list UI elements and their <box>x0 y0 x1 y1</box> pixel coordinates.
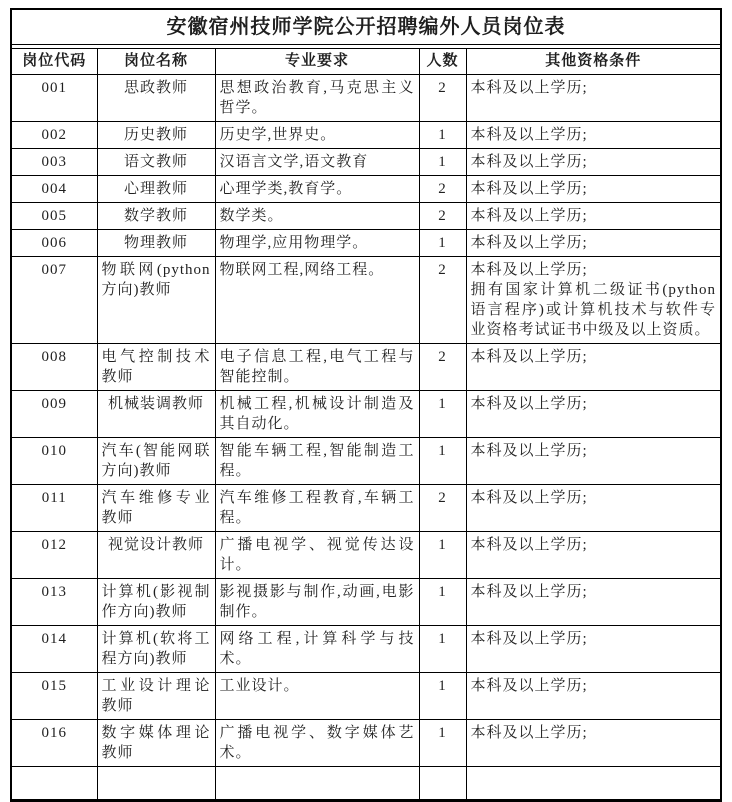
table-row: 002历史教师历史学,世界史。1本科及以上学历; <box>12 122 720 149</box>
column-header: 岗位代码 <box>12 49 97 75</box>
job-table-body: 001思政教师思想政治教育,马克思主义哲学。2本科及以上学历;002历史教师历史… <box>12 75 720 799</box>
cell-name: 思政教师 <box>97 75 215 122</box>
cell-code: 015 <box>12 673 97 720</box>
table-row: 007物联网(python 方向)教师物联网工程,网络工程。2本科及以上学历; … <box>12 257 720 344</box>
table-row: 014计算机(软将工程方向)教师网络工程,计算科学与技术。1本科及以上学历; <box>12 626 720 673</box>
cell-name: 视觉设计教师 <box>97 532 215 579</box>
table-row: 010汽车(智能网联方向)教师智能车辆工程,智能制造工程。1本科及以上学历; <box>12 438 720 485</box>
cell-major: 广播电视学、数字媒体艺术。 <box>215 720 419 767</box>
table-row: 001思政教师思想政治教育,马克思主义哲学。2本科及以上学历; <box>12 75 720 122</box>
cell-count: 2 <box>419 485 466 532</box>
cell-name: 汽车维修专业教师 <box>97 485 215 532</box>
cell-count: 1 <box>419 230 466 257</box>
cell-name: 电气控制技术教师 <box>97 344 215 391</box>
job-table-sheet: 安徽宿州技师学院公开招聘编外人员岗位表 岗位代码岗位名称专业要求人数其他资格条件… <box>10 8 722 798</box>
column-header: 岗位名称 <box>97 49 215 75</box>
cell-name: 语文教师 <box>97 149 215 176</box>
cell-code: 001 <box>12 75 97 122</box>
cell-major: 思想政治教育,马克思主义哲学。 <box>215 75 419 122</box>
cell-other: 本科及以上学历; <box>466 720 720 767</box>
cell-other: 本科及以上学历; <box>466 626 720 673</box>
cell-code: 004 <box>12 176 97 203</box>
column-header: 专业要求 <box>215 49 419 75</box>
cell-count: 2 <box>419 176 466 203</box>
cell-code: 008 <box>12 344 97 391</box>
cell-major: 机械工程,机械设计制造及其自动化。 <box>215 391 419 438</box>
cell-name: 计算机(软将工程方向)教师 <box>97 626 215 673</box>
table-row: 013计算机(影视制作方向)教师影视摄影与制作,动画,电影制作。1本科及以上学历… <box>12 579 720 626</box>
cell-other: 本科及以上学历; <box>466 149 720 176</box>
cell-code: 011 <box>12 485 97 532</box>
cell-major: 智能车辆工程,智能制造工程。 <box>215 438 419 485</box>
table-row: 015工业设计理论教师工业设计。1本科及以上学历; <box>12 673 720 720</box>
cell-other: 本科及以上学历; <box>466 344 720 391</box>
cell-other: 本科及以上学历; <box>466 579 720 626</box>
cell-other: 本科及以上学历; <box>466 75 720 122</box>
cell-code: 012 <box>12 532 97 579</box>
cell-other: 本科及以上学历; <box>466 176 720 203</box>
cell-empty <box>466 767 720 799</box>
cell-major: 工业设计。 <box>215 673 419 720</box>
cell-major: 汽车维修工程教育,车辆工程。 <box>215 485 419 532</box>
page-title: 安徽宿州技师学院公开招聘编外人员岗位表 <box>12 10 720 45</box>
cell-major: 物联网工程,网络工程。 <box>215 257 419 344</box>
table-row: 004心理教师心理学类,教育学。2本科及以上学历; <box>12 176 720 203</box>
cell-other: 本科及以上学历; <box>466 203 720 230</box>
cell-empty <box>97 767 215 799</box>
cell-count: 1 <box>419 720 466 767</box>
cell-code: 005 <box>12 203 97 230</box>
job-table: 岗位代码岗位名称专业要求人数其他资格条件 001思政教师思想政治教育,马克思主义… <box>12 48 720 798</box>
cell-count: 1 <box>419 122 466 149</box>
cell-empty <box>215 767 419 799</box>
cell-other: 本科及以上学历; <box>466 532 720 579</box>
cell-count: 1 <box>419 673 466 720</box>
cell-other: 本科及以上学历; <box>466 438 720 485</box>
cell-other: 本科及以上学历; <box>466 391 720 438</box>
cell-major: 网络工程,计算科学与技术。 <box>215 626 419 673</box>
cell-count: 1 <box>419 579 466 626</box>
job-table-head-row: 岗位代码岗位名称专业要求人数其他资格条件 <box>12 49 720 75</box>
cell-major: 物理学,应用物理学。 <box>215 230 419 257</box>
cell-name: 物理教师 <box>97 230 215 257</box>
cell-major: 数学类。 <box>215 203 419 230</box>
table-row: 005数学教师数学类。2本科及以上学历; <box>12 203 720 230</box>
cell-major: 影视摄影与制作,动画,电影制作。 <box>215 579 419 626</box>
cell-count: 1 <box>419 626 466 673</box>
cell-count: 1 <box>419 532 466 579</box>
cell-major: 广播电视学、视觉传达设计。 <box>215 532 419 579</box>
cell-empty <box>419 767 466 799</box>
cell-major: 汉语言文学,语文教育 <box>215 149 419 176</box>
cell-name: 计算机(影视制作方向)教师 <box>97 579 215 626</box>
cell-code: 002 <box>12 122 97 149</box>
cell-major: 心理学类,教育学。 <box>215 176 419 203</box>
cell-major: 历史学,世界史。 <box>215 122 419 149</box>
cell-count: 1 <box>419 149 466 176</box>
table-row: 016数字媒体理论教师广播电视学、数字媒体艺术。1本科及以上学历; <box>12 720 720 767</box>
cell-count: 1 <box>419 438 466 485</box>
cell-code: 013 <box>12 579 97 626</box>
cell-code: 010 <box>12 438 97 485</box>
cell-name: 工业设计理论教师 <box>97 673 215 720</box>
cell-name: 汽车(智能网联方向)教师 <box>97 438 215 485</box>
cell-empty <box>12 767 97 799</box>
cell-count: 2 <box>419 75 466 122</box>
cell-name: 数字媒体理论教师 <box>97 720 215 767</box>
table-row: 008电气控制技术教师电子信息工程,电气工程与智能控制。2本科及以上学历; <box>12 344 720 391</box>
cell-code: 007 <box>12 257 97 344</box>
table-row-partial <box>12 767 720 799</box>
cell-name: 心理教师 <box>97 176 215 203</box>
cell-count: 2 <box>419 257 466 344</box>
cell-other: 本科及以上学历; <box>466 485 720 532</box>
cell-other: 本科及以上学历; <box>466 673 720 720</box>
table-row: 012视觉设计教师广播电视学、视觉传达设计。1本科及以上学历; <box>12 532 720 579</box>
cell-code: 016 <box>12 720 97 767</box>
column-header: 其他资格条件 <box>466 49 720 75</box>
column-header: 人数 <box>419 49 466 75</box>
cell-code: 014 <box>12 626 97 673</box>
cell-other: 本科及以上学历; <box>466 122 720 149</box>
table-row: 011汽车维修专业教师汽车维修工程教育,车辆工程。2本科及以上学历; <box>12 485 720 532</box>
cell-count: 2 <box>419 344 466 391</box>
cell-code: 006 <box>12 230 97 257</box>
table-row: 006物理教师物理学,应用物理学。1本科及以上学历; <box>12 230 720 257</box>
cell-name: 物联网(python 方向)教师 <box>97 257 215 344</box>
cell-code: 009 <box>12 391 97 438</box>
cell-name: 历史教师 <box>97 122 215 149</box>
table-row: 003语文教师汉语言文学,语文教育1本科及以上学历; <box>12 149 720 176</box>
cell-name: 数学教师 <box>97 203 215 230</box>
cell-major: 电子信息工程,电气工程与智能控制。 <box>215 344 419 391</box>
cell-name: 机械装调教师 <box>97 391 215 438</box>
cell-other: 本科及以上学历; 拥有国家计算机二级证书(python 语言程序)或计算机技术与… <box>466 257 720 344</box>
table-row: 009机械装调教师机械工程,机械设计制造及其自动化。1本科及以上学历; <box>12 391 720 438</box>
cell-count: 2 <box>419 203 466 230</box>
cell-count: 1 <box>419 391 466 438</box>
cell-other: 本科及以上学历; <box>466 230 720 257</box>
cell-code: 003 <box>12 149 97 176</box>
